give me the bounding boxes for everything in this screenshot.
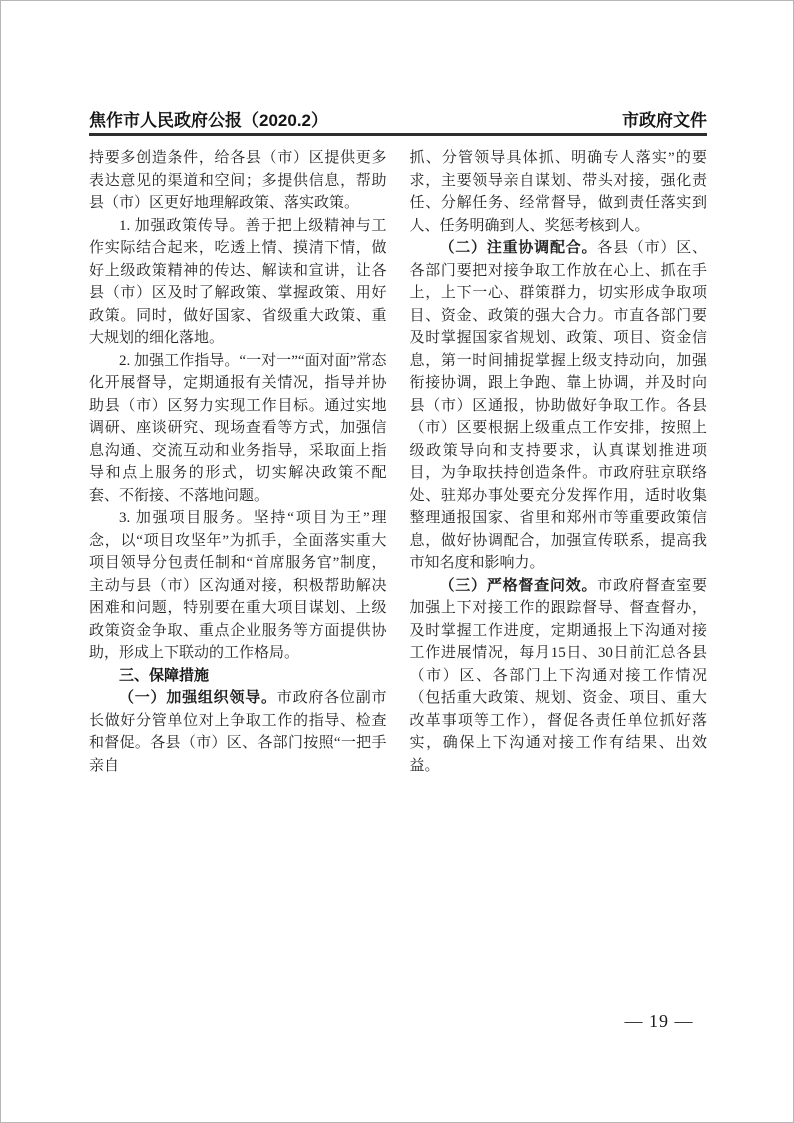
- paragraph: 1. 加强政策传导。善于把上级精神与工作实际结合起来，吃透上情、摸清下情，做好上…: [89, 215, 387, 350]
- paragraph: （二）注重协调配合。各县（市）区、各部门要把对接争取工作放在心上、抓在手上，上下…: [410, 237, 708, 575]
- document-category-label: 市政府文件: [622, 106, 707, 131]
- section-heading: 三、保障措施: [89, 665, 387, 688]
- gazette-title: 焦作市人民政府公报（2020.2）: [89, 106, 328, 131]
- paragraph: 3. 加强项目服务。坚持“项目为王”理念，以“项目攻坚年”为抓手，全面落实重大项…: [89, 507, 387, 665]
- subsection-heading: （一）加强组织领导。: [119, 690, 277, 706]
- right-column: 抓、分管领导具体抓、明确专人落实”的要求，主要领导亲自谋划、带头对接，强化责任、…: [410, 147, 708, 777]
- paragraph: （三）严格督查问效。市政府督查室要加强上下对接工作的跟踪督导、督查督办，及时掌握…: [410, 575, 708, 778]
- document-page: 焦作市人民政府公报（2020.2） 市政府文件 持要多创造条件，给各县（市）区提…: [0, 0, 794, 1123]
- paragraph: 持要多创造条件，给各县（市）区提供更多表达意见的渠道和空间；多提供信息，帮助县（…: [89, 147, 387, 215]
- paragraph: （一）加强组织领导。市政府各位副市长做好分管单位对上争取工作的指导、检查和督促。…: [89, 687, 387, 777]
- page-number: — 19 —: [593, 1011, 725, 1032]
- header-rule: [89, 133, 707, 136]
- subsection-heading: （三）严格督查问效。: [440, 578, 598, 594]
- subsection-heading: （二）注重协调配合。: [440, 240, 598, 256]
- paragraph: 抓、分管领导具体抓、明确专人落实”的要求，主要领导亲自谋划、带头对接，强化责任、…: [410, 147, 708, 237]
- document-body: 持要多创造条件，给各县（市）区提供更多表达意见的渠道和空间；多提供信息，帮助县（…: [89, 147, 707, 777]
- paragraph: 2. 加强工作指导。“一对一”“面对面”常态化开展督导，定期通报有关情况，指导并…: [89, 350, 387, 508]
- page-header: 焦作市人民政府公报（2020.2） 市政府文件: [89, 106, 707, 131]
- paragraph-text: 各县（市）区、各部门要把对接争取工作放在心上、抓在手上，上下一心、群策群力，切实…: [410, 240, 708, 571]
- left-column: 持要多创造条件，给各县（市）区提供更多表达意见的渠道和空间；多提供信息，帮助县（…: [89, 147, 387, 777]
- paragraph-text: 市政府督查室要加强上下对接工作的跟踪督导、督查督办，及时掌握工作进度，定期通报上…: [410, 578, 708, 774]
